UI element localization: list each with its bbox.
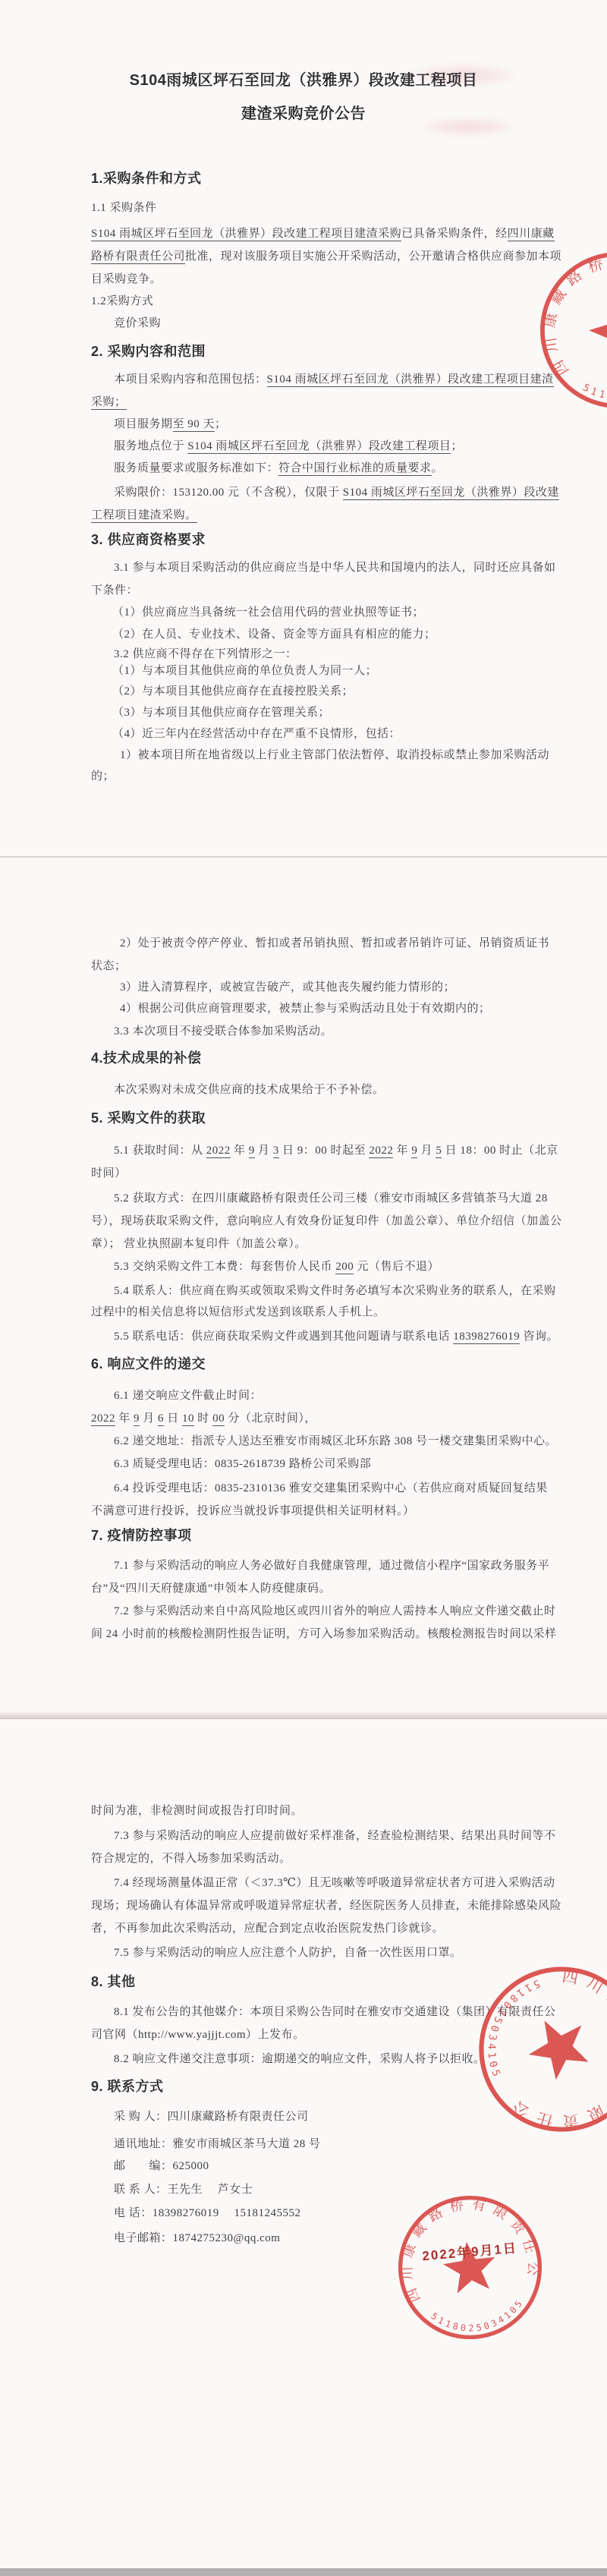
text-segment: 电子邮箱：1874275230@qq.com bbox=[114, 2232, 280, 2244]
text-line: 的； bbox=[91, 768, 115, 785]
text-line: （1）供应商应当具备统一社会信用代码的营业执照等证书； bbox=[112, 604, 424, 621]
underlined-field: 符合中国行业标准的质量要求 bbox=[278, 462, 432, 476]
text-line: 8.1 发布公告的其他媒介：本项目采购公告同时在雅安市交通建设（集团）有限责任公 bbox=[114, 2004, 556, 2020]
text-segment: 元（售后不退） bbox=[354, 1261, 439, 1273]
text-segment: 日 9：00 时起至 bbox=[279, 1145, 370, 1157]
heading-line: 7. 疫情防控事项 bbox=[91, 1527, 192, 1544]
text-line: 时间） bbox=[91, 1165, 127, 1182]
text-line: 邮 编：625000 bbox=[114, 2158, 209, 2174]
text-line: 电子邮箱：1874275230@qq.com bbox=[114, 2230, 280, 2247]
text-segment: 日 bbox=[164, 1412, 182, 1425]
text-segment: 号），现场获取采购文件，意向响应人有效身份证复印件（加盖公章）、单位介绍信（加盖… bbox=[91, 1215, 562, 1227]
heading-line: 8. 其他 bbox=[91, 1973, 136, 1990]
text-line: （3）与本项目其他供应商存在管理关系； bbox=[112, 704, 330, 721]
text-segment: 章）； 营业执照副本复印件（加盖公章）。 bbox=[91, 1238, 307, 1250]
text-segment: 台”及“四川天府健康通”申领本人防疫健康码。 bbox=[91, 1582, 331, 1595]
text-line: 5.4 联系人：供应商在购买或领取采购文件时务必填写本次采购业务的联系人，在采购 bbox=[114, 1283, 556, 1299]
underlined-field: S104 雨城区坪石至回龙（洪雅界）段改建工程项目建渣 bbox=[267, 373, 554, 387]
text-segment: 符合规定的，不得入场参加采购活动。 bbox=[91, 1853, 291, 1865]
text-line: 符合规定的，不得入场参加采购活动。 bbox=[91, 1850, 291, 1867]
text-segment: （1）供应商应当具备统一社会信用代码的营业执照等证书； bbox=[112, 606, 424, 619]
text-segment: 7.3 参与采购活动的响应人应提前做好采样准备，经查验检测结果、结果出具时间等不 bbox=[114, 1830, 556, 1842]
text-segment: 6. 响应文件的递交 bbox=[91, 1356, 206, 1371]
text-segment: 1）被本项目所在地省级以上行业主管部门依法暂停、取消投标或禁止参加采购活动 bbox=[120, 749, 549, 761]
text-segment: 下条件： bbox=[91, 584, 138, 597]
text-line: 章）； 营业执照副本复印件（加盖公章）。 bbox=[91, 1236, 307, 1252]
text-line: 5.1 获取时间：从 2022 年 9 月 3 日 9：00 时起至 2022 … bbox=[114, 1142, 558, 1159]
text-segment: 日 18：00 时止（北京 bbox=[442, 1145, 558, 1157]
text-segment: 3.3 本次项目不接受联合体参加采购活动。 bbox=[114, 1025, 332, 1038]
text-line: 6.2 递交地址：指派专人送达至雅安市雨城区北环东路 308 号一楼交建集团采购… bbox=[114, 1433, 557, 1450]
heading-line: 建渣采购竞价公告 bbox=[0, 105, 607, 122]
text-segment: 电 话：18398276019 15181245552 bbox=[114, 2207, 301, 2219]
heading-line: 3. 供应商资格要求 bbox=[91, 531, 206, 548]
text-segment: 8.1 发布公告的其他媒介：本项目采购公告同时在雅安市交通建设（集团）有限责任公 bbox=[114, 2006, 556, 2018]
underlined-field: 6 bbox=[158, 1412, 164, 1426]
text-segment: 通讯地址：雅安市雨城区茶马大道 28 号 bbox=[114, 2138, 321, 2150]
text-line: 1）被本项目所在地省级以上行业主管部门依法暂停、取消投标或禁止参加采购活动 bbox=[120, 747, 549, 764]
text-segment: 6.3 质疑受理电话：0835-2618739 路桥公司采购部 bbox=[114, 1458, 371, 1470]
text-segment: 8. 其他 bbox=[91, 1974, 136, 1989]
seal-svg: 四川康藏路桥有限责任公司5118025034105 bbox=[370, 2167, 571, 2368]
text-line: 过程中的相关信息将以短信形式发送到该联系人手机上。 bbox=[91, 1304, 385, 1321]
text-segment: 1.1 采购条件 bbox=[91, 202, 157, 214]
underlined-field: 00 bbox=[212, 1412, 225, 1426]
text-segment: S104雨城区坪石至回龙（洪雅界）段改建工程项目 bbox=[130, 72, 478, 89]
heading-line: 2. 采购内容和范围 bbox=[91, 343, 206, 360]
seal-ring bbox=[455, 1943, 607, 2156]
text-segment: （3）与本项目其他供应商存在管理关系； bbox=[112, 707, 330, 719]
underlined-field: 3 bbox=[273, 1145, 279, 1158]
text-line: （2）与本项目其他供应商存在直接控股关系； bbox=[112, 683, 354, 700]
text-segment: 不满意可进行投诉，投诉应当就投诉事项提供相关证明材料。） bbox=[91, 1505, 415, 1517]
company-seal-page1-partial: 四川康藏路桥有限责任公司5118025034105 bbox=[499, 211, 607, 449]
text-line: （1）与本项目其他供应商的单位负责人为同一人； bbox=[112, 663, 377, 679]
text-line: 联 系 人：王先生 芦女士 bbox=[114, 2181, 253, 2198]
text-line: 8.2 响应文件递交注意事项：逾期递交的响应文件，采购人将予以拒收。 bbox=[114, 2051, 486, 2067]
text-line: 7.4 经现场测量体温正常（＜37.3℃）且无咳嗽等呼吸道异常症状者方可进入采购… bbox=[114, 1875, 555, 1891]
text-segment: 3.2 供应商不得存在下列情形之一： bbox=[114, 648, 297, 660]
text-segment: 现场；现场确认有体温异常或呼吸道异常症状者，经医院医务人员排查，未能排除感染风险 bbox=[91, 1900, 561, 1912]
text-line: 号），现场获取采购文件，意向响应人有效身份证复印件（加盖公章）、单位介绍信（加盖… bbox=[91, 1213, 562, 1230]
text-line: 7.1 参与采购活动的响应人务必做好自我健康管理，通过微信小程序“国家政务服务平 bbox=[114, 1557, 549, 1574]
seal-code-text: 5118025034105 bbox=[578, 354, 607, 414]
text-line: 7.3 参与采购活动的响应人应提前做好采样准备，经查验检测结果、结果出具时间等不 bbox=[114, 1828, 556, 1844]
text-segment: 5.1 获取时间：从 bbox=[114, 1145, 206, 1157]
underlined-field: 路桥有限责任公司 bbox=[91, 250, 185, 264]
text-line: 竞价采购 bbox=[114, 315, 161, 332]
text-segment: 3）进入清算程序，或被宣告破产，或其他丧失履约能力情形的； bbox=[120, 981, 455, 994]
underlined-field: S104 雨城区坪石至回龙（洪雅界）段改建工程项目 bbox=[187, 440, 451, 454]
text-segment: 已具备采购条件，经 bbox=[401, 228, 508, 240]
page-edge-1 bbox=[0, 856, 607, 858]
underlined-field: S104 雨城区坪石至回龙（洪雅界）段改建工程项目建渣采购 bbox=[91, 228, 401, 241]
text-segment: 4）根据公司供应商管理要求，被禁止参与采购活动且处于有效期内的； bbox=[120, 1003, 491, 1015]
text-line: 采购； bbox=[91, 394, 127, 411]
text-segment: 7.2 参与采购活动来自中高风险地区或四川省外的响应人需持本人响应文件递交截止时 bbox=[114, 1605, 556, 1617]
text-segment: 本项目采购内容和范围包括： bbox=[114, 373, 267, 386]
seal-svg: 四川康藏路桥有限责任公司5118025034105 bbox=[499, 211, 607, 449]
text-segment: （4）近三年内在经营活动中存在严重不良情形，包括： bbox=[112, 728, 401, 740]
text-line: 现场；现场确认有体温异常或呼吸道异常症状者，经医院医务人员排查，未能排除感染风险 bbox=[91, 1897, 561, 1914]
page-edge-2 bbox=[0, 1712, 607, 1719]
text-segment: 2. 采购内容和范围 bbox=[91, 344, 206, 359]
heading-line: S104雨城区坪石至回龙（洪雅界）段改建工程项目 bbox=[0, 72, 607, 89]
text-line: 1.2采购方式 bbox=[91, 293, 153, 310]
text-segment: 采购限价：153120.00 元（不含税），仅限于 bbox=[114, 487, 343, 499]
text-segment: 1.2采购方式 bbox=[91, 295, 153, 307]
page-bottom-edge bbox=[0, 2568, 607, 2576]
text-segment: 者，不再参加此次采购活动，应配合到定点收治医院发热门诊就诊。 bbox=[91, 1923, 444, 1935]
text-line: S104 雨城区坪石至回龙（洪雅界）段改建工程项目建渣采购已具备采购条件，经四川… bbox=[91, 225, 555, 242]
text-segment: 状态； bbox=[91, 960, 127, 972]
text-segment: 7. 疫情防控事项 bbox=[91, 1528, 192, 1543]
text-segment: 7.5 参与采购活动的响应人应注意个人防护，自备一次性医用口罩。 bbox=[114, 1947, 462, 1959]
text-line: （2）在人员、专业技术、设备、资金等方面具有相应的能力； bbox=[112, 626, 436, 643]
heading-line: 9. 联系方式 bbox=[91, 2078, 164, 2095]
text-segment: 时间为准，非检测时间或报告打印时间。 bbox=[91, 1805, 303, 1817]
text-line: 间 24 小时前的核酸检测阴性报告证明，方可入场参加采购活动。核酸检测报告时间以… bbox=[91, 1626, 557, 1642]
text-segment: 目采购竞争。 bbox=[91, 273, 162, 285]
text-line: 6.1 递交响应文件截止时间： bbox=[114, 1387, 262, 1404]
text-segment: 时间） bbox=[91, 1167, 127, 1179]
text-segment: （1）与本项目其他供应商的单位负责人为同一人； bbox=[112, 665, 377, 677]
heading-line: 6. 响应文件的递交 bbox=[91, 1356, 206, 1372]
text-segment: 5. 采购文件的获取 bbox=[91, 1110, 206, 1126]
text-line: 工程项目建渣采购。 bbox=[91, 507, 197, 524]
underlined-field: 采购； bbox=[91, 396, 127, 410]
text-line: 状态； bbox=[91, 958, 127, 975]
seal-date-text: 2022年9月1日 bbox=[421, 2233, 566, 2264]
text-segment: 1.采购条件和方式 bbox=[91, 171, 202, 186]
text-segment: 9. 联系方式 bbox=[91, 2079, 164, 2094]
text-segment: 采 购 人：四川康藏路桥有限责任公司 bbox=[114, 2111, 309, 2123]
text-line: 采购限价：153120.00 元（不含税），仅限于 S104 雨城区坪石至回龙（… bbox=[114, 484, 559, 501]
text-line: 司官网（http://www.yajjjt.com）上发布。 bbox=[91, 2026, 305, 2043]
text-segment: 年 bbox=[393, 1145, 411, 1157]
text-line: 时间为准，非检测时间或报告打印时间。 bbox=[91, 1803, 303, 1819]
underlined-field: 10 bbox=[182, 1412, 194, 1426]
text-segment: 年 bbox=[115, 1412, 134, 1425]
text-line: 目采购竞争。 bbox=[91, 271, 162, 288]
text-segment: 6.2 递交地址：指派专人送达至雅安市雨城区北环东路 308 号一楼交建集团采购… bbox=[114, 1435, 557, 1447]
underlined-field: 9 bbox=[134, 1412, 140, 1426]
text-segment: 本次采购对未成交供应商的技术成果给于不予补偿。 bbox=[114, 1084, 385, 1096]
text-segment: 咨询。 bbox=[520, 1331, 558, 1343]
text-segment: 5.5 联系电话：供应商获取采购文件或遇到其他问题请与联系电话 bbox=[114, 1331, 453, 1343]
text-segment: 4.技术成果的补偿 bbox=[91, 1050, 202, 1066]
text-segment: 司官网（http://www.yajjjt.com）上发布。 bbox=[91, 2029, 305, 2041]
text-segment: 3. 供应商资格要求 bbox=[91, 532, 206, 547]
text-segment: 。 bbox=[432, 462, 444, 474]
text-line: 项目服务期至 90 天； bbox=[114, 416, 227, 433]
heading-line: 4.技术成果的补偿 bbox=[91, 1050, 202, 1066]
text-segment: 5.4 联系人：供应商在购买或领取采购文件时务必填写本次采购业务的联系人，在采购 bbox=[114, 1285, 556, 1297]
text-line: 3.2 供应商不得存在下列情形之一： bbox=[114, 646, 297, 663]
underlined-field: 18398276019 bbox=[453, 1331, 520, 1344]
text-line: 下条件： bbox=[91, 582, 138, 599]
text-line: 3.1 参与本项目采购活动的供应商应当是中华人民共和国境内的法人，同时还应具备如 bbox=[114, 559, 556, 576]
text-segment: 间 24 小时前的核酸检测阴性报告证明，方可入场参加采购活动。核酸检测报告时间以… bbox=[91, 1628, 557, 1640]
underlined-field: 9 bbox=[249, 1145, 255, 1158]
text-line: 3.3 本次项目不接受联合体参加采购活动。 bbox=[114, 1023, 332, 1040]
seal-code-text: 5118025034105 bbox=[428, 2295, 530, 2339]
text-segment: 服务质量要求或服务标准如下： bbox=[114, 462, 278, 474]
text-line: 电 话：18398276019 15181245552 bbox=[114, 2205, 301, 2222]
text-line: 1.1 采购条件 bbox=[91, 200, 157, 216]
text-line: 台”及“四川天府健康通”申领本人防疫健康码。 bbox=[91, 1580, 331, 1597]
text-segment: 建渣采购竞价公告 bbox=[241, 105, 366, 122]
text-segment: 过程中的相关信息将以短信形式发送到该联系人手机上。 bbox=[91, 1306, 385, 1318]
company-seal-page3-main: 四川康藏路桥有限责任公司5118025034105 bbox=[370, 2167, 571, 2368]
text-segment: （2）在人员、专业技术、设备、资金等方面具有相应的能力； bbox=[112, 628, 436, 641]
text-segment: 联 系 人：王先生 芦女士 bbox=[114, 2184, 253, 2196]
text-segment: 7.1 参与采购活动的响应人务必做好自我健康管理，通过微信小程序“国家政务服务平 bbox=[114, 1560, 549, 1572]
text-line: 不满意可进行投诉，投诉应当就投诉事项提供相关证明材料。） bbox=[91, 1503, 415, 1519]
text-line: 5.3 交纳采购文件工本费：每套售价人民币 200 元（售后不退） bbox=[114, 1258, 439, 1275]
text-segment: 月 bbox=[255, 1145, 273, 1157]
text-segment: 竞价采购 bbox=[114, 317, 161, 329]
text-line: 4）根据公司供应商管理要求，被禁止参与采购活动且处于有效期内的； bbox=[120, 1000, 491, 1017]
text-line: 本项目采购内容和范围包括：S104 雨城区坪石至回龙（洪雅界）段改建工程项目建渣 bbox=[114, 371, 554, 388]
seal-company-text: 四川康藏路桥有限责任公司 bbox=[498, 1932, 607, 2172]
text-segment: 7.4 经现场测量体温正常（＜37.3℃）且无咳嗽等呼吸道异常症状者方可进入采购… bbox=[114, 1877, 555, 1889]
seal-star-icon bbox=[524, 2011, 601, 2089]
text-line: 服务质量要求或服务标准如下：符合中国行业标准的质量要求。 bbox=[114, 460, 443, 477]
text-line: 5.2 获取方式：在四川康藏路桥有限责任公司三楼（雅安市雨城区多营镇茶马大道 2… bbox=[114, 1190, 548, 1207]
seal-star-icon bbox=[583, 295, 607, 363]
underlined-field: 四川康藏 bbox=[508, 228, 555, 241]
text-segment: 项目服务期 bbox=[114, 418, 173, 430]
text-segment: 5.3 交纳采购文件工本费：每套售价人民币 bbox=[114, 1261, 335, 1273]
text-segment: 6.1 递交响应文件截止时间： bbox=[114, 1390, 262, 1402]
text-line: 6.4 投诉受理电话：0835-2310136 雅安交建集团采购中心（若供应商对… bbox=[114, 1480, 548, 1497]
text-segment: 分（北京时间）， bbox=[225, 1412, 316, 1425]
text-segment: 月 bbox=[417, 1145, 436, 1157]
underlined-field: 至 90 天 bbox=[173, 418, 215, 432]
underlined-field: S104 雨城区坪石至回龙（洪雅界）段改建 bbox=[343, 487, 559, 500]
seal-ring bbox=[392, 2189, 549, 2347]
text-segment: 的； bbox=[91, 770, 115, 783]
text-line: 7.2 参与采购活动来自中高风险地区或四川省外的响应人需持本人响应文件递交截止时 bbox=[114, 1603, 556, 1620]
text-segment: 年 bbox=[231, 1145, 249, 1157]
text-segment: 3.1 参与本项目采购活动的供应商应当是中华人民共和国境内的法人，同时还应具备如 bbox=[114, 562, 556, 574]
scanned-document: S104雨城区坪石至回龙（洪雅界）段改建工程项目建渣采购竞价公告1.采购条件和方… bbox=[0, 0, 607, 2576]
underlined-field: 2022 bbox=[206, 1145, 231, 1158]
underlined-field: 2022 bbox=[369, 1145, 393, 1158]
text-segment: 时 bbox=[194, 1412, 212, 1425]
text-line: 本次采购对未成交供应商的技术成果给于不予补偿。 bbox=[114, 1082, 385, 1098]
text-segment: 邮 编：625000 bbox=[114, 2160, 209, 2172]
text-segment: 5.2 获取方式：在四川康藏路桥有限责任公司三楼（雅安市雨城区多营镇茶马大道 2… bbox=[114, 1192, 548, 1205]
text-segment: ； bbox=[451, 440, 463, 452]
text-line: 2022 年 9 月 6 日 10 时 00 分（北京时间）， bbox=[91, 1410, 316, 1427]
heading-line: 1.采购条件和方式 bbox=[91, 170, 202, 187]
heading-line: 5. 采购文件的获取 bbox=[91, 1110, 206, 1126]
text-segment: 6.4 投诉受理电话：0835-2310136 雅安交建集团采购中心（若供应商对… bbox=[114, 1482, 548, 1494]
underlined-field: 工程项目建渣采购。 bbox=[91, 509, 197, 523]
text-segment: 批准，现对该服务项目实施公开采购活动，公开邀请合格供应商参加本项 bbox=[185, 250, 561, 263]
text-line: 2）处于被责令停产停业、暂扣或者吊销执照、暂扣或者吊销许可证、吊销资质证书 bbox=[120, 935, 549, 952]
underlined-field: 2022 bbox=[91, 1412, 115, 1426]
text-segment: 月 bbox=[140, 1412, 158, 1425]
text-segment: 2）处于被责令停产停业、暂扣或者吊销执照、暂扣或者吊销许可证、吊销资质证书 bbox=[120, 937, 549, 949]
text-line: 服务地点位于 S104 雨城区坪石至回龙（洪雅界）段改建工程项目； bbox=[114, 438, 463, 455]
text-line: 通讯地址：雅安市雨城区茶马大道 28 号 bbox=[114, 2136, 321, 2152]
seal-ring bbox=[525, 237, 607, 423]
text-line: 3）进入清算程序，或被宣告破产，或其他丧失履约能力情形的； bbox=[120, 979, 455, 996]
text-line: 者，不再参加此次采购活动，应配合到定点收治医院发热门诊就诊。 bbox=[91, 1920, 444, 1937]
text-line: 6.3 质疑受理电话：0835-2618739 路桥公司采购部 bbox=[114, 1456, 371, 1472]
text-segment: ； bbox=[215, 418, 227, 430]
text-segment: 8.2 响应文件递交注意事项：逾期递交的响应文件，采购人将予以拒收。 bbox=[114, 2053, 486, 2065]
text-line: （4）近三年内在经营活动中存在严重不良情形，包括： bbox=[112, 726, 401, 742]
text-line: 7.5 参与采购活动的响应人应注意个人防护，自备一次性医用口罩。 bbox=[114, 1945, 462, 1961]
text-line: 路桥有限责任公司批准，现对该服务项目实施公开采购活动，公开邀请合格供应商参加本项 bbox=[91, 248, 561, 265]
text-line: 5.5 联系电话：供应商获取采购文件或遇到其他问题请与联系电话 18398276… bbox=[114, 1328, 558, 1345]
text-segment: （2）与本项目其他供应商存在直接控股关系； bbox=[112, 685, 354, 698]
text-segment: 服务地点位于 bbox=[114, 440, 187, 452]
underlined-field: 200 bbox=[335, 1261, 354, 1274]
text-line: 采 购 人：四川康藏路桥有限责任公司 bbox=[114, 2108, 309, 2125]
